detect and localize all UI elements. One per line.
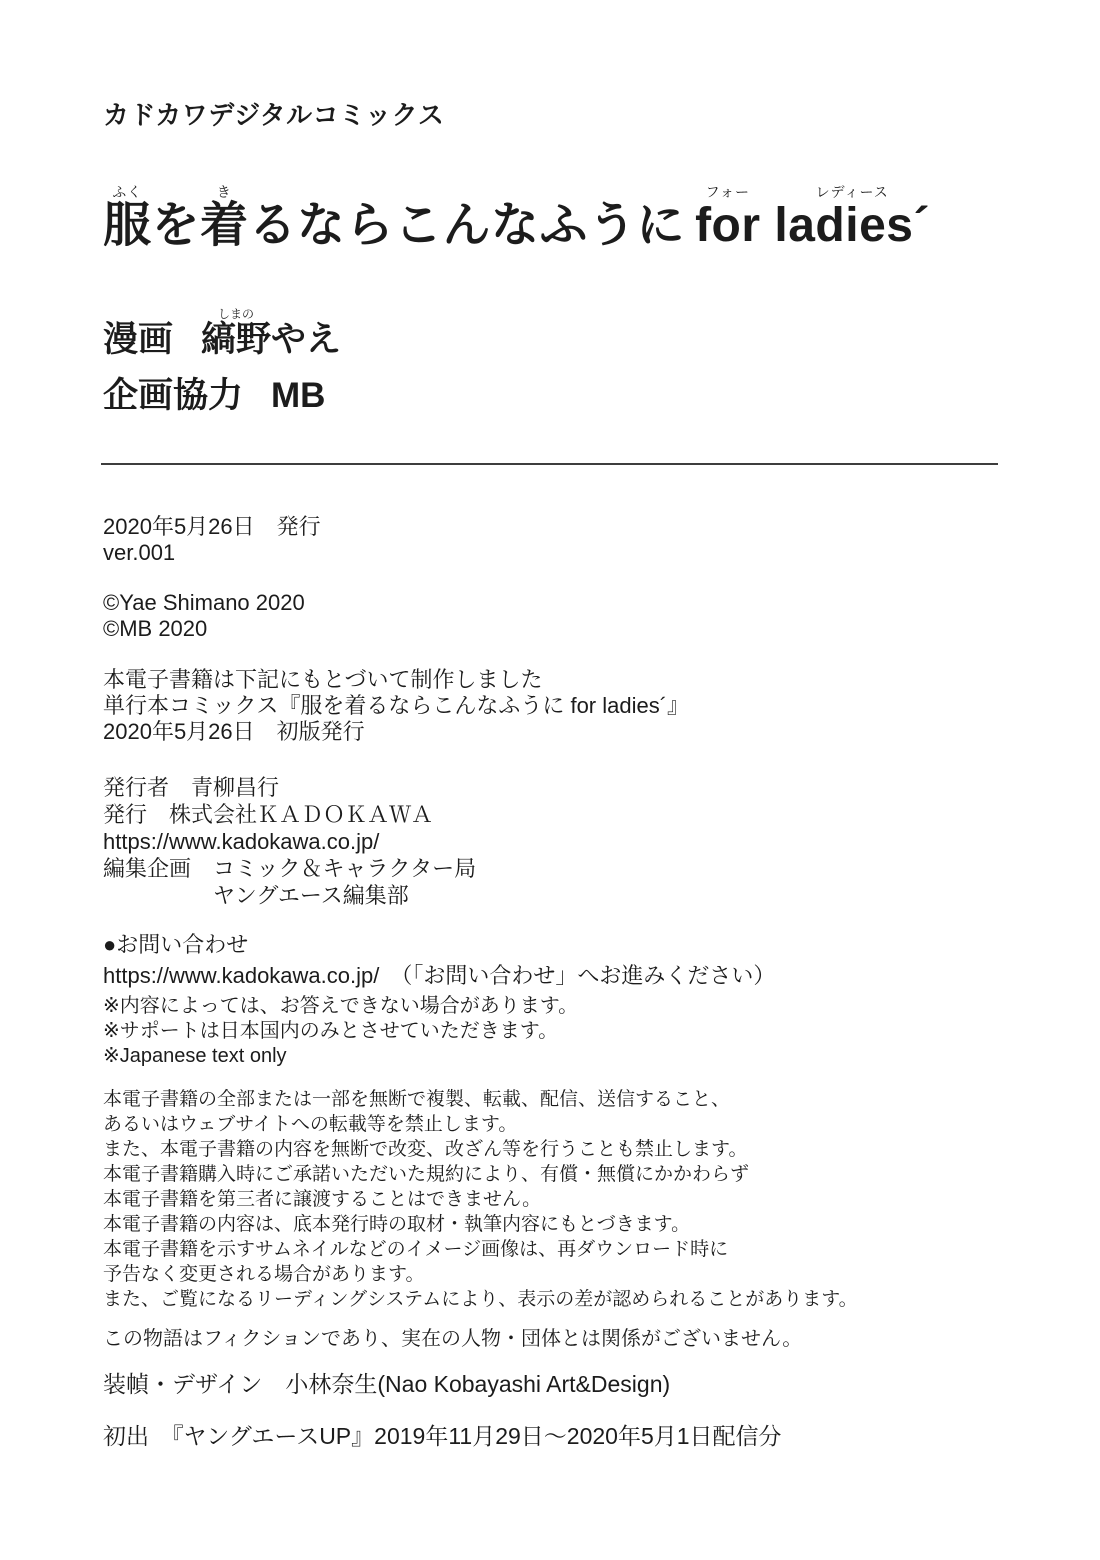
fiction-disclaimer: この物語はフィクションであり、実在の人物・団体とは関係がございません。 (103, 1327, 1000, 1352)
issue-date-line: 2020年5月26日 発行 (103, 514, 1000, 540)
credit-name: MB (271, 376, 325, 415)
contact-notes-block: ※内容によっては、お答えできない場合があります。 ※サポートは日本国内のみとさせ… (103, 994, 1000, 1069)
editorial-planning-line: 編集企画 コミック＆キャラクター局 (103, 855, 1000, 882)
publisher-company-line: 発行 株式会社ＫＡＤＯＫＡＷＡ (103, 801, 1000, 828)
title-base: 服 (103, 199, 152, 252)
legal-line: 本電子書籍の全部または一部を無断で複製、転載、配信、送信すること、 (103, 1087, 1000, 1112)
copyright-block: ©Yae Shimano 2020 ©MB 2020 (103, 590, 1000, 642)
title-segment: るならこんなふうに (249, 199, 686, 252)
contact-note: ※サポートは日本国内のみとさせていただきます。 (103, 1019, 1000, 1044)
design-credit-line: 装幀・デザイン 小林奈生(Nao Kobayashi Art&Design) (103, 1370, 1000, 1398)
credit-planning: 企画協力MB (103, 376, 1000, 416)
legal-block: 本電子書籍の全部または一部を無断で複製、転載、配信、送信すること、 あるいはウェ… (103, 1087, 1000, 1312)
book-title: 服ふくを着きるならこんなふうにforフォー ladies´レディース (103, 184, 1000, 251)
copyright-line-author: ©Yae Shimano 2020 (103, 590, 1000, 616)
title-kanji-ki: 着き (200, 199, 249, 252)
title-latin-ladies: ladies´レディース (774, 199, 930, 252)
source-date-line: 2020年5月26日 初版発行 (103, 719, 1000, 745)
furigana-ladies: レディース (774, 184, 930, 200)
credit-name: 縞野しまのやえ (201, 320, 341, 359)
contact-heading: ●お問い合わせ (103, 932, 1000, 958)
legal-line: 予告なく変更される場合があります。 (103, 1262, 1000, 1287)
divider-rule (101, 463, 998, 465)
furigana-ki: き (200, 184, 249, 200)
furigana-shimano: しまの (201, 307, 271, 321)
legal-line: また、ご覧になるリーディングシステムにより、表示の差が認められることがあります。 (103, 1287, 1000, 1312)
credits-block: 漫画縞野しまのやえ 企画協力MB (103, 307, 1000, 416)
furigana-fuku: ふく (103, 184, 152, 200)
credit-role: 企画協力 (103, 376, 243, 415)
version-line: ver.001 (103, 540, 1000, 566)
legal-line: 本電子書籍購入時にご承諾いただいた規約により、有償・無償にかかわらず (103, 1162, 1000, 1187)
title-base: for (695, 199, 760, 252)
legal-line: 本電子書籍の内容は、底本発行時の取材・執筆内容にもとづきます。 (103, 1212, 1000, 1237)
edition-block: 2020年5月26日 発行 ver.001 (103, 514, 1000, 566)
editorial-dept-line: ヤングエース編集部 (103, 882, 1000, 909)
first-publication-line: 初出 『ヤングエースUP』2019年11月29日～2020年5月1日配信分 (103, 1422, 1000, 1450)
copyright-line-mb: ©MB 2020 (103, 616, 1000, 642)
source-title-line: 単行本コミックス『服を着るならこんなふうに for ladies´』 (103, 693, 1000, 719)
author-name-kanji: 縞野しまの (201, 320, 271, 359)
legal-line: また、本電子書籍の内容を無断で改変、改ざん等を行うことも禁止します。 (103, 1137, 1000, 1162)
legal-line: 本電子書籍を示すサムネイルなどのイメージ画像は、再ダウンロード時に (103, 1237, 1000, 1262)
furigana-for: フォー (695, 184, 760, 200)
legal-line: 本電子書籍を第三者に譲渡することはできません。 (103, 1187, 1000, 1212)
author-base: 縞野 (201, 320, 271, 359)
publisher-block: 発行者 青柳昌行 発行 株式会社ＫＡＤＯＫＡＷＡ https://www.kad… (103, 774, 1000, 909)
source-note-line: 本電子書籍は下記にもとづいて制作しました (103, 667, 1000, 693)
legal-line: あるいはウェブサイトへの転載等を禁止します。 (103, 1112, 1000, 1137)
credit-role: 漫画 (103, 320, 173, 359)
title-base: ladies´ (774, 199, 930, 252)
credit-manga: 漫画縞野しまのやえ (103, 307, 1000, 360)
title-latin-for: forフォー (695, 199, 760, 252)
imprint-label: カドカワデジタルコミックス (103, 98, 1000, 132)
title-base: 着 (200, 199, 249, 252)
publisher-person-line: 発行者 青柳昌行 (103, 774, 1000, 801)
publisher-url: https://www.kadokawa.co.jp/ (103, 828, 1000, 855)
colophon-page: カドカワデジタルコミックス 服ふくを着きるならこんなふうにforフォー ladi… (0, 0, 1100, 1560)
title-kanji-fuku: 服ふく (103, 199, 152, 252)
contact-url-line: https://www.kadokawa.co.jp/ （「お問い合わせ」へお進… (103, 963, 1000, 989)
author-name-kana: やえ (271, 320, 341, 359)
title-segment: を (152, 199, 201, 252)
contact-note: ※内容によっては、お答えできない場合があります。 (103, 994, 1000, 1019)
source-edition-block: 本電子書籍は下記にもとづいて制作しました 単行本コミックス『服を着るならこんなふ… (103, 667, 1000, 745)
contact-note: ※Japanese text only (103, 1044, 1000, 1069)
